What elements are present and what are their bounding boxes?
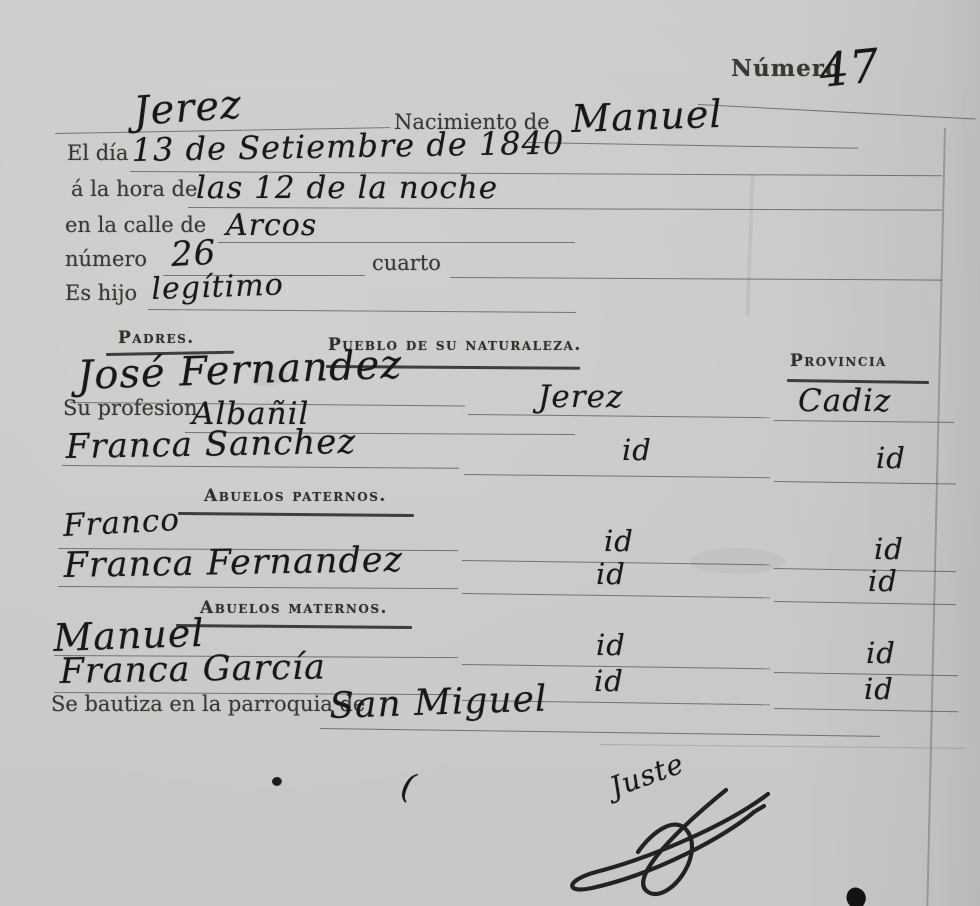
bautizo-label: Se bautiza en la parroquia de — [51, 694, 365, 715]
rule-abpat2-provincia — [774, 601, 956, 605]
abuela-paterna-value: Franca Fernandez — [63, 543, 403, 584]
hijo-label: Es hijo — [65, 283, 137, 304]
underline-abuelos-paternos — [178, 512, 414, 517]
abuela-materna-provincia-ditto: id — [864, 675, 894, 704]
ink-dot — [272, 777, 282, 786]
abuelo-materno-pueblo-ditto: id — [596, 631, 626, 660]
underline-abuelos-maternos — [176, 624, 412, 629]
ink-blob — [842, 884, 869, 906]
abuela-materna-value: Franca García — [59, 650, 326, 690]
provincia-header: Provincia — [790, 353, 887, 370]
city-value: Jerez — [132, 85, 243, 132]
ink-paren-mark: ( — [398, 769, 419, 805]
abuelos-maternos-header: Abuelos maternos. — [200, 600, 388, 617]
padres-header: Padres. — [118, 330, 195, 347]
hijo-value: legítimo — [151, 270, 284, 305]
page-edge-line — [926, 128, 946, 906]
rule-cuarto — [450, 277, 942, 281]
madre-pueblo-ditto: id — [622, 436, 652, 465]
rule-name — [528, 142, 858, 149]
abuela-paterna-provincia-ditto: id — [868, 567, 898, 596]
rule-bautizo-faint — [600, 744, 965, 749]
dia-value: 13 de Setiembre de 1840 — [131, 126, 564, 166]
numero-value: 47 — [817, 42, 882, 94]
numero-casa-value: 26 — [170, 236, 217, 272]
calle-value: Arcos — [226, 211, 317, 241]
child-name-value: Manuel — [571, 95, 723, 138]
madre-nombre-value: Franca Sanchez — [65, 425, 356, 464]
padre-nombre-value: José Fernandez — [77, 345, 403, 396]
rule-madre-pueblo — [464, 474, 770, 478]
abuelo-paterno-value: Franco — [62, 505, 180, 542]
abuelo-paterno-provincia-ditto: id — [874, 535, 904, 564]
scan-smudge — [746, 175, 755, 315]
abuelo-materno-provincia-ditto: id — [866, 639, 896, 668]
abuela-paterna-pueblo-ditto: id — [596, 560, 626, 589]
rule-padre-provincia — [774, 420, 954, 423]
dia-label: El día — [67, 143, 128, 164]
signature-flourish-icon — [556, 780, 786, 905]
profesion-label: Su profesion — [63, 398, 198, 419]
rule-numero — [698, 104, 976, 120]
rule-abpat2-nombre — [58, 586, 458, 589]
abuelos-paternos-header: Abuelos paternos. — [204, 488, 387, 505]
scan-smudge — [690, 548, 785, 574]
padre-pueblo-value: Jerez — [538, 382, 623, 413]
calle-label: en la calle de — [65, 215, 206, 236]
abuelo-paterno-pueblo-ditto: id — [604, 527, 634, 556]
cuarto-label: cuarto — [372, 253, 441, 274]
rule-hijo — [148, 309, 576, 313]
abuela-materna-pueblo-ditto: id — [594, 667, 624, 696]
madre-provincia-ditto: id — [876, 444, 906, 473]
rule-madre-provincia — [774, 481, 956, 485]
bautizo-value: San Miguel — [329, 681, 548, 725]
rule-abpat2-pueblo — [462, 593, 770, 598]
hora-label: á la hora de — [71, 179, 197, 200]
rule-abpat1-provincia — [774, 568, 956, 572]
hora-value: las 12 de la noche — [196, 173, 498, 204]
birth-record-page: Número Nacimiento de El día á la hora de… — [0, 0, 980, 906]
numero-casa-label: número — [65, 249, 147, 270]
padre-provincia-value: Cadiz — [798, 386, 891, 417]
rule-bautizo — [320, 728, 880, 737]
